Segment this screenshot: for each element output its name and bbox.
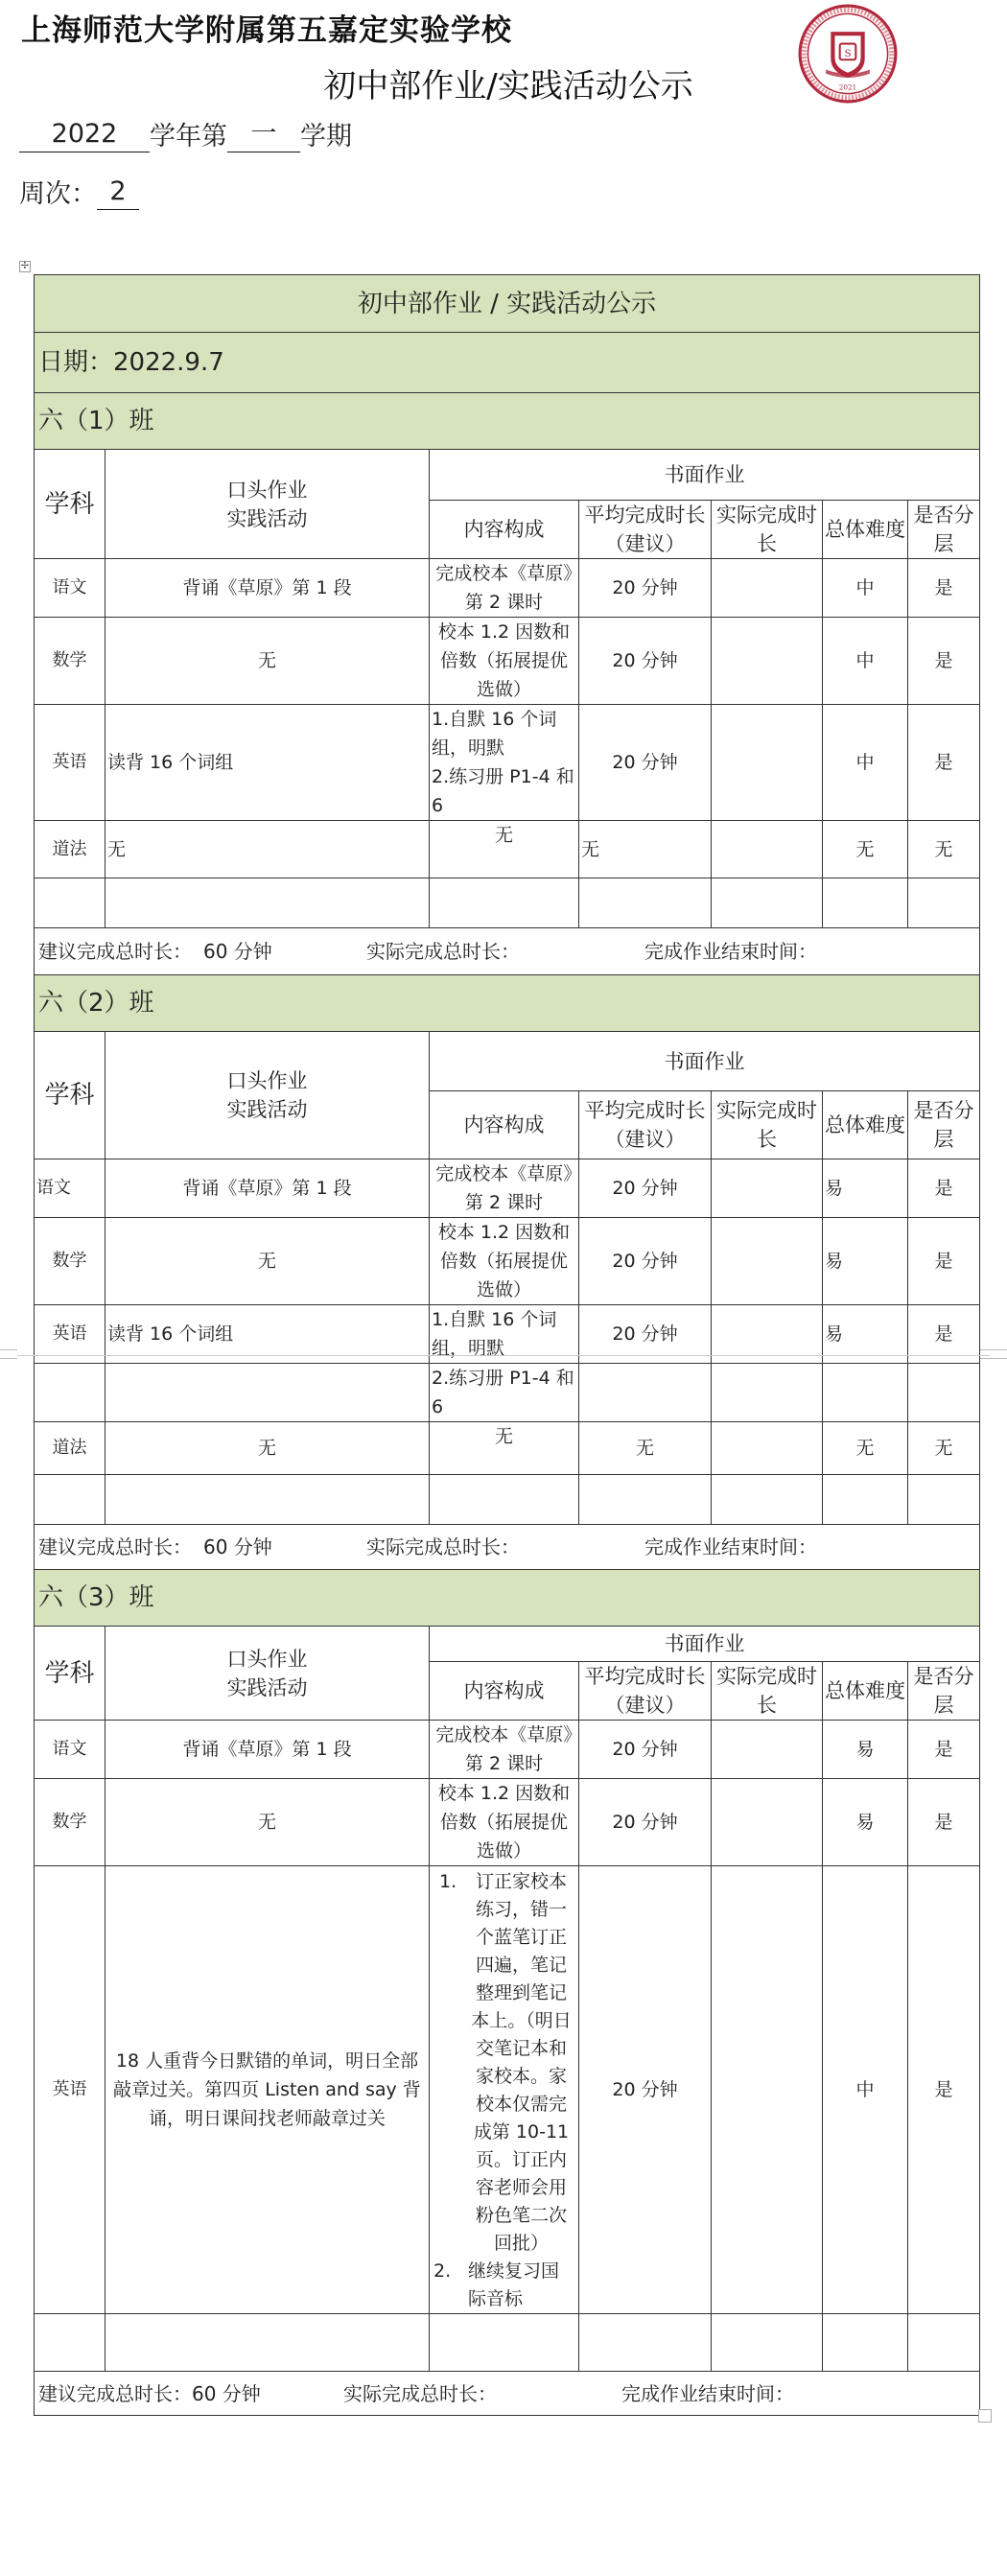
week-number: 2 (97, 175, 139, 210)
col-header-subject: 学科 (35, 450, 105, 559)
col-header-written: 书面作业 (430, 450, 980, 501)
page-break-marker-left (0, 1349, 17, 1359)
actual-time-cell[interactable] (712, 1159, 823, 1218)
school-year: 2022 (19, 117, 150, 152)
homework-table-page1: 初中部作业 / 实践活动公示 日期：2022.9.7 六（1）班 学科 口头作业… (34, 274, 980, 1364)
term-number: 一 (227, 117, 300, 152)
actual-time-cell[interactable] (712, 1866, 823, 2314)
actual-time-cell[interactable] (712, 821, 823, 878)
col-header-content: 内容构成 (430, 501, 579, 559)
empty-row (35, 1475, 980, 1525)
term-suffix: 学期 (300, 115, 352, 152)
school-name: 上海师范大学附属第五嘉定实验学校 (21, 6, 512, 49)
week-line: 周次： 2 (19, 173, 139, 210)
table-resize-handle[interactable] (978, 2409, 992, 2423)
table-row: 语文 背诵《草原》第 1 段 完成校本《草原》第 2 课时 20 分钟 易 是 (35, 1721, 980, 1779)
table-row: 英语 读背 16 个词组 1.自默 16 个词组，明默 2.练习册 P1-4 和… (35, 705, 980, 821)
col-header-oral: 口头作业实践活动 (105, 450, 430, 559)
table-row: 语文 背诵《草原》第 1 段 完成校本《草原》第 2 课时 20 分钟 易 是 (35, 1159, 980, 1218)
class-header: 六（1）班 (35, 393, 980, 450)
table-row-continuation: 2.练习册 P1-4 和 6 (35, 1364, 980, 1422)
col-header-avg-time: 平均完成时长（建议） (579, 501, 712, 559)
actual-time-cell[interactable] (712, 618, 823, 705)
col-header-layered: 是否分层 (908, 501, 980, 559)
class-header: 六（2）班 (35, 975, 980, 1032)
actual-time-cell[interactable] (712, 1218, 823, 1305)
page-break-line (17, 1355, 990, 1356)
week-label: 周次： (19, 173, 97, 210)
table-row: 数学 无 校本 1.2 因数和倍数（拓展提优选做） 20 分钟 易 是 (35, 1218, 980, 1305)
table-move-handle-icon[interactable]: ✢ (19, 261, 31, 272)
year-suffix: 学年第 (150, 115, 227, 152)
col-header-actual-time: 实际完成时长 (712, 501, 823, 559)
table-row: 道法 无 无 无 无 无 (35, 821, 980, 878)
table-row: 英语 18 人重背今日默错的单词，明日全部敲章过关。第四页 Listen and… (35, 1866, 980, 2314)
table-title: 初中部作业 / 实践活动公示 (35, 275, 980, 333)
actual-time-cell[interactable] (712, 1422, 823, 1475)
svg-text:S: S (844, 48, 851, 59)
summary-row: 建议完成总时长：60 分钟 实际完成总时长： 完成作业结束时间： (35, 1525, 980, 1570)
page-break-marker-right (980, 1349, 1007, 1359)
homework-table-page2: 2.练习册 P1-4 和 6 道法 无 无 无 无 无 建议完成总时长：60 分… (34, 1363, 980, 2416)
table-row: 数学 无 校本 1.2 因数和倍数（拓展提优选做） 20 分钟 中 是 (35, 618, 980, 705)
actual-time-cell[interactable] (712, 1721, 823, 1779)
table-row: 数学 无 校本 1.2 因数和倍数（拓展提优选做） 20 分钟 易 是 (35, 1779, 980, 1866)
date-row: 日期：2022.9.7 (35, 333, 980, 393)
term-line: 2022 学年第 一 学期 (19, 115, 352, 152)
actual-time-cell[interactable] (712, 1779, 823, 1866)
actual-time-cell[interactable] (712, 559, 823, 618)
actual-time-cell[interactable] (712, 705, 823, 821)
class-header: 六（3）班 (35, 1570, 980, 1627)
col-header-difficulty: 总体难度 (823, 501, 908, 559)
svg-text:2021: 2021 (839, 82, 857, 91)
school-emblem-icon: S 2021 (798, 4, 898, 104)
summary-row: 建议完成总时长：60 分钟 实际完成总时长： 完成作业结束时间： (35, 2372, 980, 2416)
empty-row (35, 878, 980, 928)
empty-row (35, 2314, 980, 2372)
summary-row: 建议完成总时长：60 分钟 实际完成总时长： 完成作业结束时间： (35, 928, 980, 975)
table-row: 道法 无 无 无 无 无 (35, 1422, 980, 1475)
table-row: 语文 背诵《草原》第 1 段 完成校本《草原》第 2 课时 20 分钟 中 是 (35, 559, 980, 618)
